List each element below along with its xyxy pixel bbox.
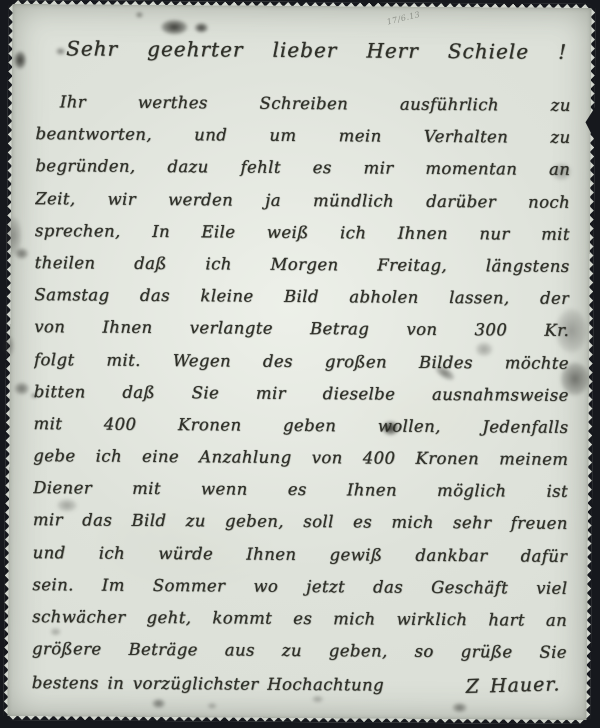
salutation-line: Sehr geehrter lieber Herr Schiele ! — [36, 30, 571, 86]
ink-blot — [13, 246, 31, 261]
handwritten-line: Ihr werthes Schreiben ausführlich zu — [36, 92, 571, 128]
handwritten-line: Diener mit wenn es Ihnen möglich ist — [33, 478, 568, 514]
handwritten-line: folgt mit. Wegen des großen Bildes möcht… — [34, 350, 569, 386]
handwritten-line: bitten daß Sie mir dieselbe ausnahmsweis… — [34, 382, 569, 418]
handwritten-line: mit 400 Kronen geben wollen, Jedenfalls — [33, 414, 568, 450]
handwritten-line: Zeit, wir werden ja mündlich darüber noc… — [35, 189, 570, 225]
signature: Z Hauer. — [466, 673, 567, 698]
closing-line: bestens in vorzüglichster Hochachtung Z … — [32, 672, 567, 708]
ink-blot — [12, 48, 28, 72]
handwritten-line: begründen, dazu fehlt es mir momentan an — [35, 157, 570, 193]
letter-photo: 17/6.13 Sehr geehrter lieber Herr Schiel… — [0, 0, 600, 728]
handwritten-line: mir das Bild zu geben, soll es mich sehr… — [33, 511, 568, 547]
handwritten-line: sprechen, In Eile weiß ich Ihnen nur mit — [35, 221, 570, 257]
handwritten-line: sein. Im Sommer wo jetzt das Geschäft vi… — [32, 575, 567, 611]
handwritten-line: und ich würde Ihnen gewiß dankbar dafür — [33, 543, 568, 579]
handwritten-line: theilen daß ich Morgen Freitag, längsten… — [35, 253, 570, 289]
handwritten-line: gebe ich eine Anzahlung von 400 Kronen m… — [33, 446, 568, 482]
ink-blot — [134, 11, 144, 19]
handwritten-line: größere Beträge aus zu geben, so grüße S… — [32, 639, 567, 675]
letter-card: 17/6.13 Sehr geehrter lieber Herr Schiel… — [3, 0, 595, 724]
handwritten-line: Samstag das kleine Bild abholen lassen, … — [34, 285, 569, 321]
closing-phrase: bestens in vorzüglichster Hochachtung — [32, 674, 384, 695]
handwriting-layer: Sehr geehrter lieber Herr Schiele ! Ihr … — [32, 30, 572, 707]
handwritten-line: beantworten, und um mein Verhalten zu — [35, 124, 570, 160]
handwritten-line: schwächer geht, kommt es mich wirklich h… — [32, 607, 567, 643]
handwritten-line: von Ihnen verlangte Betrag von 300 Kr. — [34, 317, 569, 353]
